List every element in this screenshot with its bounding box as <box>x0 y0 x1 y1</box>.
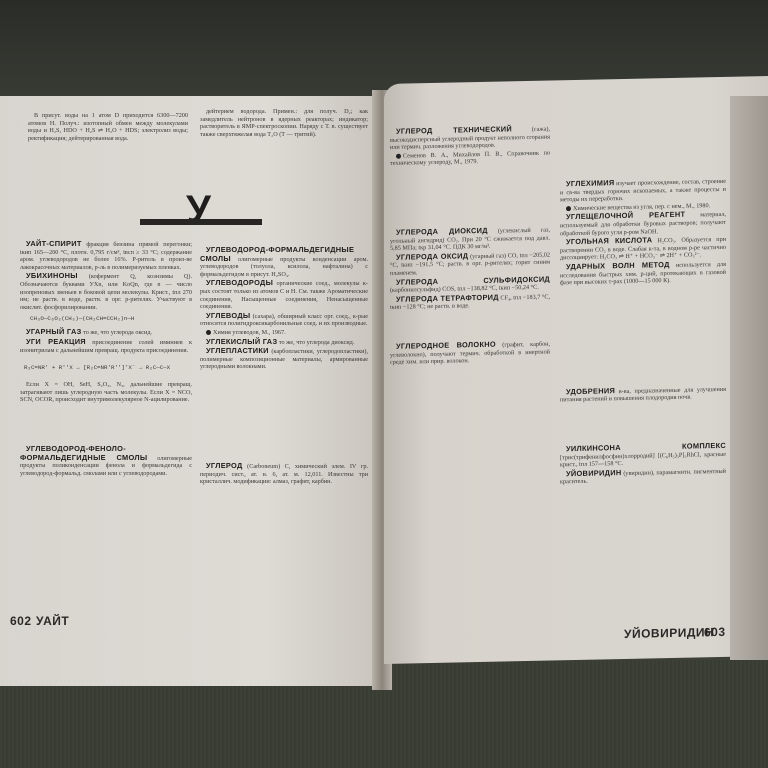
entry: УГЛЕРОДА ОКСИД (угарный газ) CO, tпл −20… <box>390 250 550 277</box>
entry-term: УГЛЕПЛАСТИКИ <box>206 346 269 355</box>
entry-term: УЙОВИРИДИН <box>566 468 621 478</box>
left-top-column-2: дейтерием водорода. Примен.: для получ. … <box>200 108 368 139</box>
quinone-formula: CH₃O—C₆O₂(CH₃)—(CH₂CH=CCH₂)n—H <box>30 315 192 322</box>
formula-note: Если X = OH, SeH, S₂O₃, N₃, дальнейшие п… <box>20 381 192 404</box>
entry: УГЛЕВОДОРОД-ФОРМАЛЬДЕГИДНЫЕ СМОЛЫ олигом… <box>200 246 368 278</box>
entry: УИЛКИНСОНА КОМПЛЕКС [трис(трифенилфосфин… <box>560 442 726 469</box>
entry-text: то же, что углерода оксид. <box>83 329 152 336</box>
entry-term: УАЙТ-СПИРИТ <box>26 239 82 248</box>
left-running-head: УАЙТ <box>36 614 69 628</box>
entry: УГИ РЕАКЦИЯ присоединение солей иминиев … <box>20 338 192 354</box>
left-top-text: В присут. воды на 1 атом D приходится 63… <box>28 112 188 142</box>
right-page: УГЛЕРОД ТЕХНИЧЕСКИЙ (сажа), высокодиспер… <box>384 76 768 664</box>
entry: УДАРНЫХ ВОЛН МЕТОД используется для иссл… <box>560 260 726 287</box>
entry: УГЛЕКИСЛЫЙ ГАЗ то же, что углерода диокс… <box>200 338 368 347</box>
entry-term: УБИХИНОНЫ <box>26 271 78 280</box>
entry-term: УДОБРЕНИЯ <box>566 386 615 396</box>
bullet-icon <box>566 206 571 211</box>
entry: УГЛЕРОДА СУЛЬФИДОКСИД (карбонилсульфид) … <box>390 275 550 295</box>
section-rule <box>140 219 262 225</box>
entry: УГАРНЫЙ ГАЗ то же, что углерода оксид. <box>20 328 192 337</box>
entry-term: УГЛЕХИМИЯ <box>566 178 614 188</box>
left-page-number: 602 <box>10 614 32 628</box>
entry: УГЛЕХИМИЯ изучает происхождение, состав,… <box>560 177 726 204</box>
entry: УГЛЕВОДОРОД-ФЕНОЛО-ФОРМАЛЬДЕГИДНЫЕ СМОЛЫ… <box>20 445 192 477</box>
left-top-column-1: В присут. воды на 1 атом D приходится 63… <box>28 112 188 143</box>
entry-term: УГЛЕВОДОРОД-ФЕНОЛО-ФОРМАЛЬДЕГИДНЫЕ СМОЛЫ <box>20 444 147 462</box>
reference: Химия углеводов, М., 1967. <box>200 329 368 337</box>
entry: УГЛЕРОДНОЕ ВОЛОКНО (графит, карбон, угле… <box>390 339 550 366</box>
entry: УГЛЕРОДА ДИОКСИД (углекислый газ, угольн… <box>390 226 550 253</box>
entry: УГЛЕВОДЫ (сахара), обширный класс орг. с… <box>200 312 368 328</box>
right-column-2: УГЛЕХИМИЯ изучает происхождение, состав,… <box>560 137 726 487</box>
entry-term: УГЛЕВОДОРОДЫ <box>206 278 273 287</box>
entry-text: [трис(трифенилфосфин)хлорродий] [(C₆H₅)₃… <box>560 450 726 468</box>
entry-term: УГАРНЫЙ ГАЗ <box>26 327 82 336</box>
entry: УГЛЕВОДОРОДЫ органические соед., молекул… <box>200 279 368 310</box>
entry: УГЛЕЩЕЛОЧНОЙ РЕАГЕНТ материал, используе… <box>560 210 726 237</box>
entry: УЙОВИРИДИН (увиридин), парамагнитн. пигм… <box>560 467 726 487</box>
right-running-head: УЙОВИРИДИН <box>624 625 714 641</box>
entry: УГОЛЬНАЯ КИСЛОТА H₂CO₃. Образуется при р… <box>560 235 726 262</box>
entry-term: УГЛЕРОДА ТЕТРАФТОРИД <box>396 292 499 303</box>
left-page: В присут. воды на 1 атом D приходится 63… <box>0 96 380 686</box>
entry: УБИХИНОНЫ (кофермент Q, коэнзимы Q). Обо… <box>20 272 192 311</box>
ugi-formula: R₂C=NR' + R''X → [R₂C=NR'R'']⁺X⁻ → R₂C—C… <box>24 364 192 371</box>
entry: УАЙТ-СПИРИТ фракция бензина прямой перег… <box>20 240 192 271</box>
entry-term: УГИ РЕАКЦИЯ <box>26 337 86 346</box>
entry: УГЛЕПЛАСТИКИ (карбопластики, углеродопла… <box>200 347 368 371</box>
right-page-number: 603 <box>704 625 726 639</box>
entry-term: УГЛЕВОДЫ <box>206 311 250 320</box>
entry-term: УГЛЕРОД <box>206 461 243 470</box>
page-stack-edge <box>730 96 768 660</box>
entry: УГЛЕРОДА ТЕТРАФТОРИД CF₄, tпл −183,7 °С,… <box>390 292 550 312</box>
left-column-2: УГЛЕВОДОРОД-ФОРМАЛЬДЕГИДНЫЕ СМОЛЫ олигом… <box>200 246 368 487</box>
bullet-icon <box>206 330 211 335</box>
right-column-1: УГЛЕРОД ТЕХНИЧЕСКИЙ (сажа), высокодиспер… <box>390 125 550 368</box>
bullet-icon <box>396 154 401 159</box>
left-column-1: УАЙТ-СПИРИТ фракция бензина прямой перег… <box>20 240 192 478</box>
entry: УГЛЕРОД (Carboneum) C, химический элем. … <box>200 462 368 486</box>
entry-term: УГЛЕКИСЛЫЙ ГАЗ <box>206 337 277 346</box>
section-letter: У <box>186 188 211 233</box>
entry: УГЛЕРОД ТЕХНИЧЕСКИЙ (сажа), высокодиспер… <box>390 125 550 152</box>
left-top-text-2: дейтерием водорода. Примен.: для получ. … <box>200 108 368 138</box>
entry-text: то же, что углерода диоксид. <box>279 339 354 346</box>
